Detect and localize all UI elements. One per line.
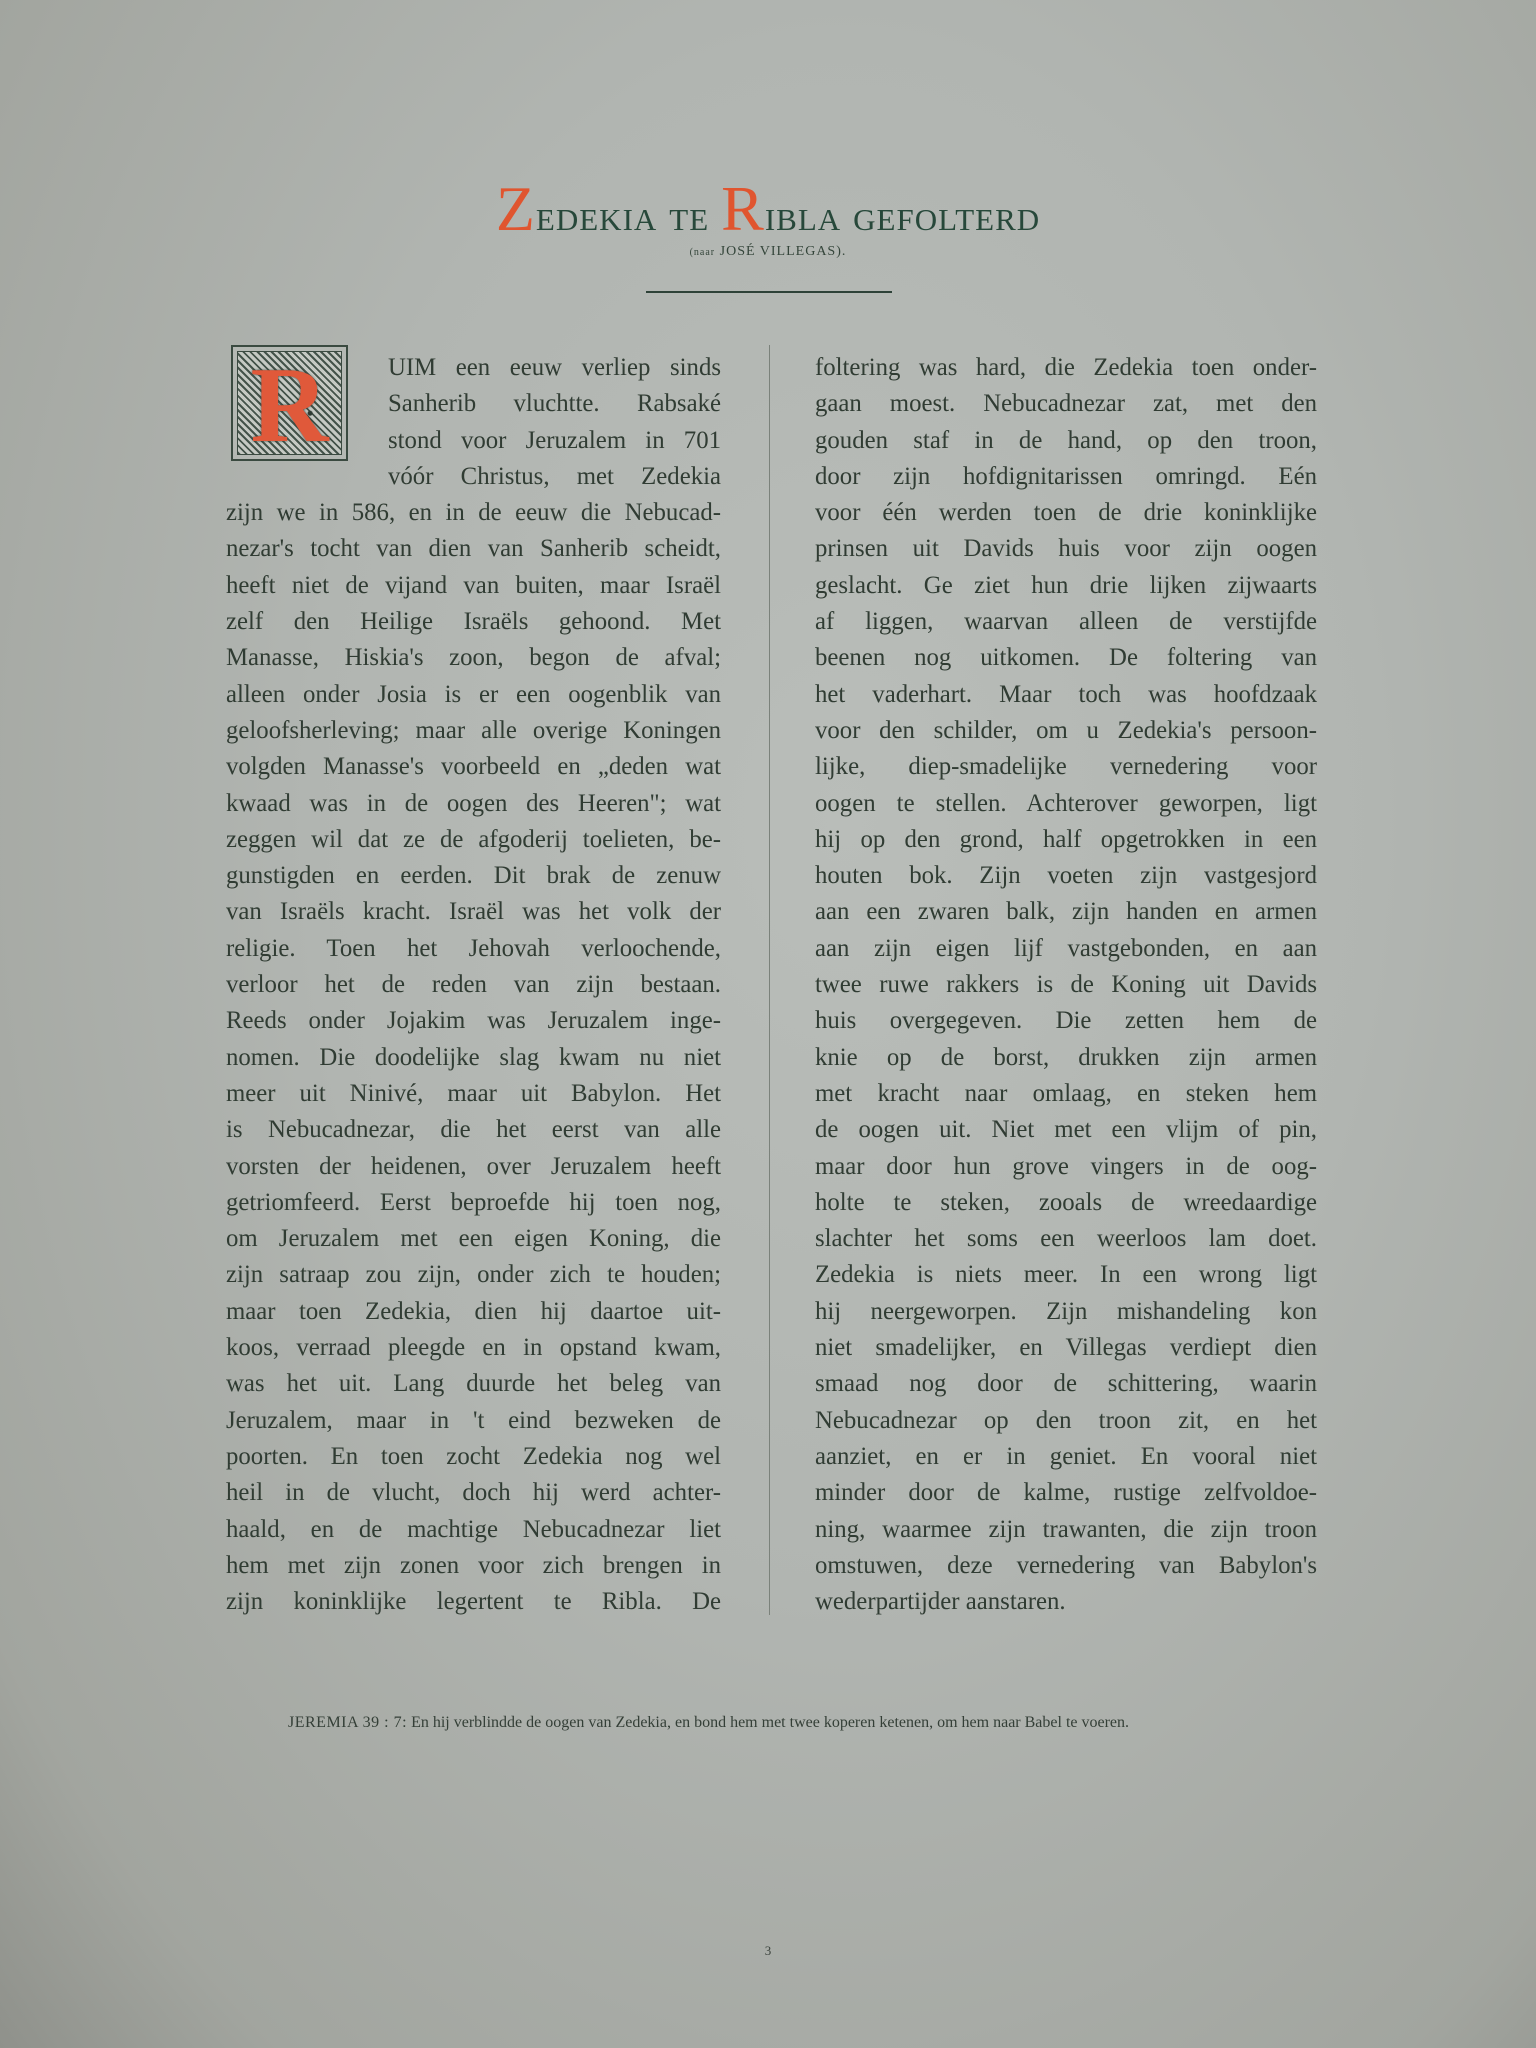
text-line: geloofsherleving; maar alle overige Koni… bbox=[226, 713, 721, 749]
right-text-column: foltering was hard, die Zedekia toen ond… bbox=[815, 350, 1317, 1620]
title-divider-rule bbox=[646, 291, 892, 293]
text-line: geslacht. Ge ziet hun drie lijken zijwaa… bbox=[815, 568, 1317, 604]
text-line: knie op de borst, drukken zijn armen bbox=[815, 1040, 1317, 1076]
text-line: zelf den Heilige Israëls gehoond. Met bbox=[226, 604, 721, 640]
text-line: holte te steken, zooals de wreedaardige bbox=[815, 1185, 1317, 1221]
text-line: zijn satraap zou zijn, onder zich te hou… bbox=[226, 1257, 721, 1293]
scripture-footnote: JEREMIA 39 : 7: En hij verblindde de oog… bbox=[226, 1711, 1311, 1735]
text-line: foltering was hard, die Zedekia toen ond… bbox=[815, 350, 1317, 386]
text-line: nezar's tocht van dien van Sanherib sche… bbox=[226, 531, 721, 567]
text-line: smaad nog door de schittering, waarin bbox=[815, 1366, 1317, 1402]
text-line: haald, en de machtige Nebucadnezar liet bbox=[226, 1512, 721, 1548]
text-line: kwaad was in de oogen des Heeren"; wat bbox=[226, 786, 721, 822]
text-line: alleen onder Josia is er een oogenblik v… bbox=[226, 677, 721, 713]
subtitle-prefix: (naar bbox=[690, 247, 716, 258]
text-line: wederpartijder aanstaren. bbox=[815, 1584, 1317, 1620]
text-line: voor den schilder, om u Zedekia's persoo… bbox=[815, 713, 1317, 749]
text-line: aan zijn eigen lijf vastgebonden, en aan bbox=[815, 931, 1317, 967]
text-line: slachter het soms een weerloos lam doet. bbox=[815, 1221, 1317, 1257]
text-line: maar toen Zedekia, dien hij daartoe uit- bbox=[226, 1294, 721, 1330]
text-line: het vaderhart. Maar toch was hoofdzaak bbox=[815, 677, 1317, 713]
text-line: Zedekia is niets meer. In een wrong ligt bbox=[815, 1257, 1317, 1293]
text-line: oogen te stellen. Achterover geworpen, l… bbox=[815, 786, 1317, 822]
text-line: aanziet, en er in geniet. En vooral niet bbox=[815, 1439, 1317, 1475]
column-divider bbox=[769, 345, 770, 1615]
text-line: heeft niet de vijand van buiten, maar Is… bbox=[226, 568, 721, 604]
text-line: aan een zwaren balk, zijn handen en arme… bbox=[815, 894, 1317, 930]
text-line: maar door hun grove vingers in de oog- bbox=[815, 1149, 1317, 1185]
text-line: gaan moest. Nebucadnezar zat, met den bbox=[815, 386, 1317, 422]
text-line: zijn we in 586, en in de eeuw die Nebuca… bbox=[226, 495, 721, 531]
text-line: omstuwen, deze vernedering van Babylon's bbox=[815, 1548, 1317, 1584]
subtitle-attribution: (naar JOSÉ VILLEGAS). bbox=[0, 244, 1536, 260]
title-part-2: ibla gefolterd bbox=[765, 191, 1040, 240]
text-line: hem met zijn zonen voor zich brengen in bbox=[226, 1548, 721, 1584]
text-line: hij op den grond, half opgetrokken in ee… bbox=[815, 822, 1317, 858]
text-line: om Jeruzalem met een eigen Koning, die bbox=[226, 1221, 721, 1257]
text-line: vorsten der heidenen, over Jeruzalem hee… bbox=[226, 1149, 721, 1185]
text-line: twee ruwe rakkers is de Koning uit David… bbox=[815, 967, 1317, 1003]
text-line: van Israëls kracht. Israël was het volk … bbox=[226, 894, 721, 930]
page-title: Zedekia te Ribla gefolterd bbox=[0, 172, 1536, 246]
text-line: heil in de vlucht, doch hij werd achter- bbox=[226, 1475, 721, 1511]
footnote-text: En hij verblindde de oogen van Zedekia, … bbox=[407, 1714, 1129, 1731]
text-line: met kracht naar omlaag, en steken hem bbox=[815, 1076, 1317, 1112]
text-line: was het uit. Lang duurde het beleg van bbox=[226, 1366, 721, 1402]
text-line: stond voor Jeruzalem in 701 bbox=[388, 423, 721, 459]
text-line: is Nebucadnezar, die het eerst van alle bbox=[226, 1112, 721, 1148]
text-line: huis overgegeven. Die zetten hem de bbox=[815, 1003, 1317, 1039]
text-line: lijke, diep-smadelijke vernedering voor bbox=[815, 749, 1317, 785]
text-line: verloor het de reden van zijn bestaan. bbox=[226, 967, 721, 1003]
text-line: Manasse, Hiskia's zoon, begon de afval; bbox=[226, 640, 721, 676]
text-line: meer uit Ninivé, maar uit Babylon. Het bbox=[226, 1076, 721, 1112]
text-line: beenen nog uitkomen. De foltering van bbox=[815, 640, 1317, 676]
text-line: nomen. Die doodelijke slag kwam nu niet bbox=[226, 1040, 721, 1076]
text-line: voor één werden toen de drie koninklijke bbox=[815, 495, 1317, 531]
text-line: getriomfeerd. Eerst beproefde hij toen n… bbox=[226, 1185, 721, 1221]
text-line: vóór Christus, met Zedekia bbox=[388, 459, 721, 495]
title-initial-r: R bbox=[721, 173, 765, 244]
text-line: Jeruzalem, maar in 't eind bezweken de bbox=[226, 1403, 721, 1439]
title-part-1: edekia te bbox=[536, 191, 721, 240]
text-line: zijn koninklijke legertent te Ribla. De bbox=[226, 1584, 721, 1620]
text-line: minder door de kalme, rustige zelfvoldoe… bbox=[815, 1475, 1317, 1511]
subtitle-artist: JOSÉ VILLEGAS). bbox=[715, 244, 846, 259]
text-line: gouden staf in de hand, op den troon, bbox=[815, 423, 1317, 459]
text-line: religie. Toen het Jehovah verloochende, bbox=[226, 931, 721, 967]
text-line: zeggen wil dat ze de afgoderij toelieten… bbox=[226, 822, 721, 858]
text-line: niet smadelijker, en Villegas verdiept d… bbox=[815, 1330, 1317, 1366]
footnote-reference: JEREMIA 39 : 7: bbox=[288, 1714, 407, 1731]
text-line: hij neergeworpen. Zijn mishandeling kon bbox=[815, 1294, 1317, 1330]
text-line: koos, verraad pleegde en in opstand kwam… bbox=[226, 1330, 721, 1366]
page-number: 3 bbox=[0, 1943, 1536, 1959]
text-line: gunstigden en eerden. Dit brak de zenuw bbox=[226, 858, 721, 894]
text-line: houten bok. Zijn voeten zijn vastgesjord bbox=[815, 858, 1317, 894]
text-line: prinsen uit Davids huis voor zijn oogen bbox=[815, 531, 1317, 567]
text-line: poorten. En toen zocht Zedekia nog wel bbox=[226, 1439, 721, 1475]
left-text-column: UIM een eeuw verliep sinds Sanherib vluc… bbox=[226, 350, 721, 1620]
text-line: door zijn hofdignitarissen omringd. Eén bbox=[815, 459, 1317, 495]
text-line: Nebucadnezar op den troon zit, en het bbox=[815, 1403, 1317, 1439]
text-line: UIM een eeuw verliep sinds bbox=[388, 350, 721, 386]
text-line: Sanherib vluchtte. Rabsaké bbox=[388, 386, 721, 422]
text-line: volgden Manasse's voorbeeld en „deden wa… bbox=[226, 749, 721, 785]
text-line: ning, waarmee zijn trawanten, die zijn t… bbox=[815, 1512, 1317, 1548]
text-line: de oogen uit. Niet met een vlijm of pin, bbox=[815, 1112, 1317, 1148]
title-initial-z: Z bbox=[496, 173, 536, 244]
text-line: Reeds onder Jojakim was Jeruzalem inge- bbox=[226, 1003, 721, 1039]
text-line: af liggen, waarvan alleen de verstijfde bbox=[815, 604, 1317, 640]
